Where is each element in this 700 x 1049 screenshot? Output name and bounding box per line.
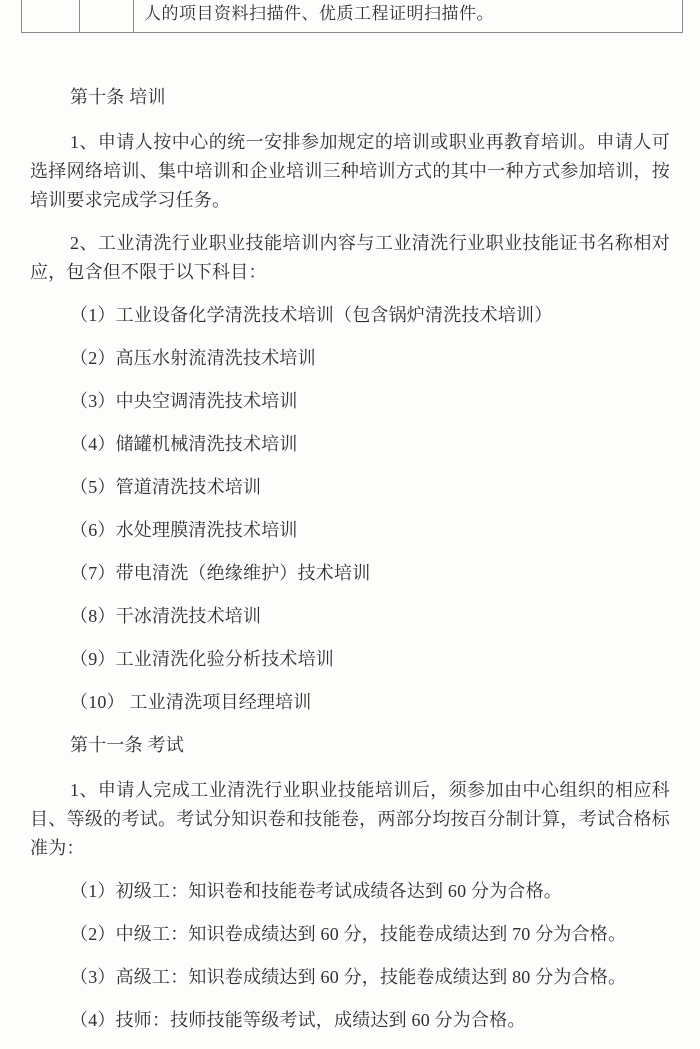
training-item-5: （5）管道清洗技术培训 <box>30 473 670 502</box>
table-fragment: 人的项目资料扫描件、优质工程证明扫描件。 <box>21 0 683 33</box>
training-item-1: （1）工业设备化学清洗技术培训（包含锅炉清洗技术培训） <box>30 301 670 330</box>
document-page: 人的项目资料扫描件、优质工程证明扫描件。 第十条 培训 1、申请人按中心的统一安… <box>0 0 700 1049</box>
article-10-paragraph-2: 2、工业清洗行业职业技能培训内容与工业清洗行业职业技能证书名称相对应，包含但不限… <box>30 229 670 287</box>
training-item-7: （7）带电清洗（绝缘维护）技术培训 <box>30 559 670 588</box>
training-item-8: （8）干冰清洗技术培训 <box>30 602 670 631</box>
article-10-paragraph-1: 1、申请人按中心的统一安排参加规定的培训或职业再教育培训。申请人可选择网络培训、… <box>30 128 670 215</box>
exam-standard-item-3: （3）高级工：知识卷成绩达到 60 分，技能卷成绩达到 80 分为合格。 <box>30 963 670 992</box>
article-10-heading: 第十条 培训 <box>30 83 670 112</box>
exam-standard-item-1: （1）初级工：知识卷和技能卷考试成绩各达到 60 分为合格。 <box>30 877 670 906</box>
table-cell-empty-2 <box>79 0 133 32</box>
training-item-9: （9）工业清洗化验分析技术培训 <box>30 645 670 674</box>
table-cell-scan-note: 人的项目资料扫描件、优质工程证明扫描件。 <box>133 0 683 32</box>
document-body: 第十条 培训 1、申请人按中心的统一安排参加规定的培训或职业再教育培训。申请人可… <box>30 83 670 1035</box>
training-item-2: （2）高压水射流清洗技术培训 <box>30 344 670 373</box>
training-item-4: （4）储罐机械清洗技术培训 <box>30 430 670 459</box>
exam-standard-item-2: （2）中级工：知识卷成绩达到 60 分，技能卷成绩达到 70 分为合格。 <box>30 920 670 949</box>
training-item-10: （10） 工业清洗项目经理培训 <box>30 688 670 717</box>
article-11-heading: 第十一条 考试 <box>30 731 670 760</box>
exam-standard-item-4: （4）技师：技师技能等级考试，成绩达到 60 分为合格。 <box>30 1006 670 1035</box>
table-cell-empty-1 <box>21 0 79 32</box>
article-11-paragraph-1: 1、申请人完成工业清洗行业职业技能培训后，须参加由中心组织的相应科目、等级的考试… <box>30 776 670 863</box>
training-item-3: （3）中央空调清洗技术培训 <box>30 387 670 416</box>
training-item-6: （6）水处理膜清洗技术培训 <box>30 516 670 545</box>
